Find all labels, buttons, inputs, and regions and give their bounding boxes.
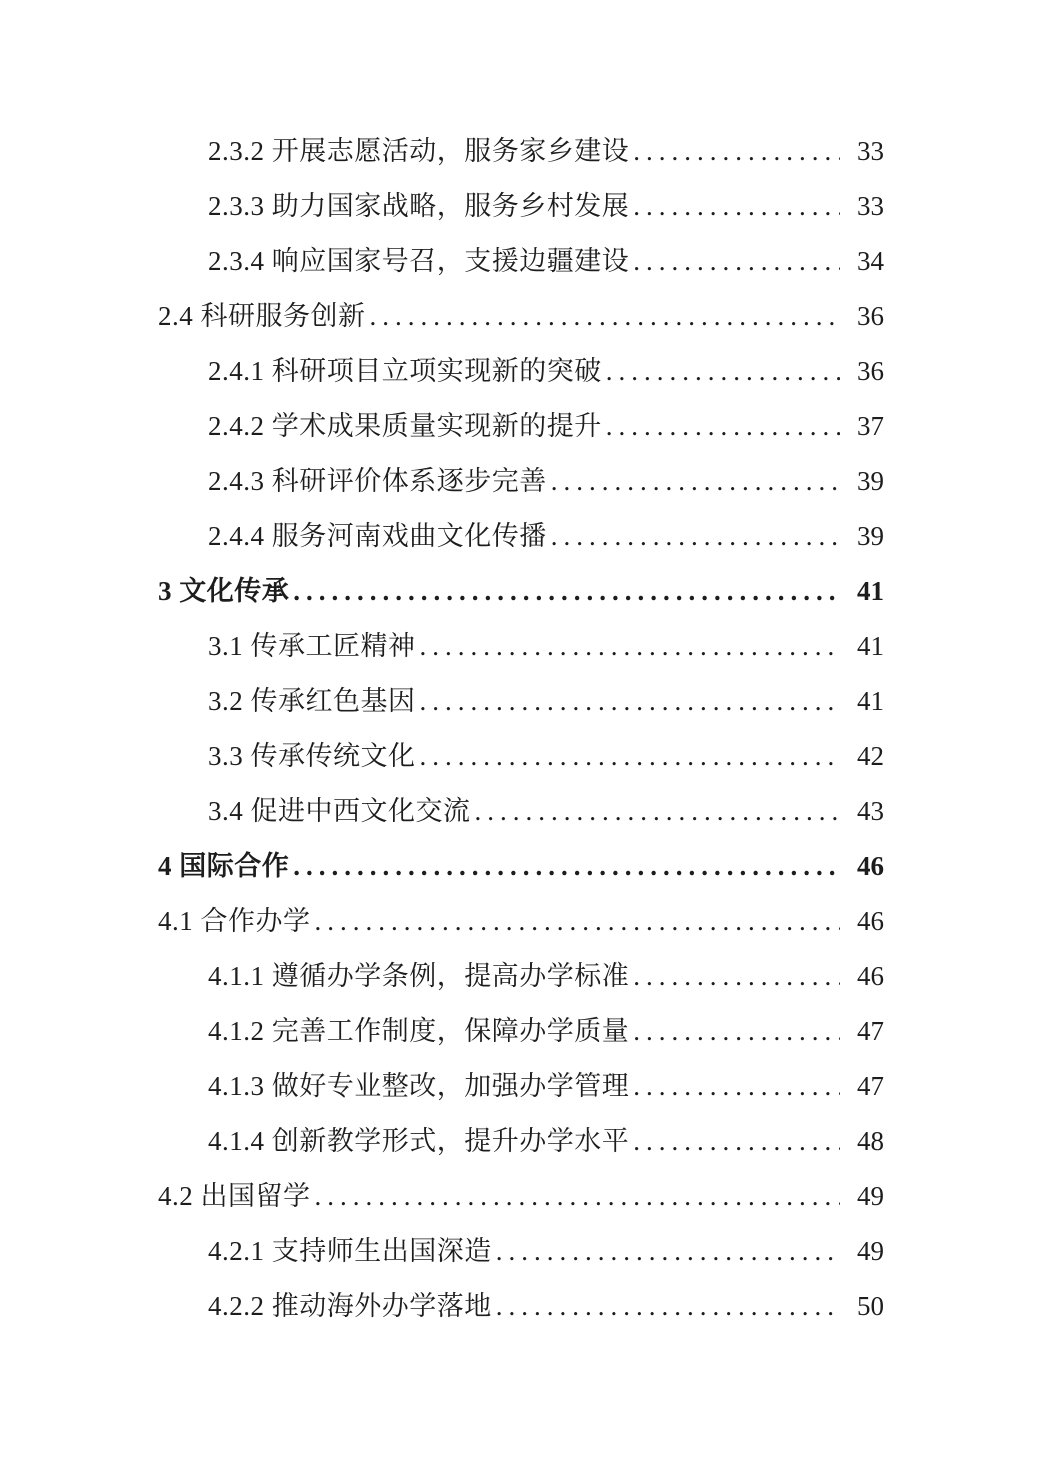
dot-leader: ........................................…: [606, 399, 840, 454]
toc-entry[interactable]: 4.1.3 做好专业整改，加强办学管理 ....................…: [158, 1059, 884, 1114]
toc-entry-page-number: 49: [850, 1224, 884, 1279]
dot-leader: ........................................…: [315, 894, 841, 949]
toc-entry-page-number: 46: [850, 894, 884, 949]
toc-entry-page-number: 41: [850, 674, 884, 729]
dot-leader: ........................................…: [551, 509, 840, 564]
toc-entry[interactable]: 4.1.4 创新教学形式，提升办学水平 ....................…: [158, 1114, 884, 1169]
toc-entry[interactable]: 2.3.4 响应国家号召，支援边疆建设 ....................…: [158, 234, 884, 289]
toc-entry-label: 2.3.2 开展志愿活动，服务家乡建设: [208, 124, 629, 179]
toc-entry-label: 2.4.2 学术成果质量实现新的提升: [208, 399, 602, 454]
toc-entry[interactable]: 4 国际合作 .................................…: [158, 839, 884, 894]
toc-entry[interactable]: 2.3.3 助力国家战略，服务乡村发展 ....................…: [158, 179, 884, 234]
toc-entry[interactable]: 4.2 出国留学 ...............................…: [158, 1169, 884, 1224]
dot-leader: ........................................…: [496, 1224, 840, 1279]
toc-entry[interactable]: 2.4.2 学术成果质量实现新的提升 .....................…: [158, 399, 884, 454]
toc-entry[interactable]: 3.1 传承工匠精神 .............................…: [158, 619, 884, 674]
toc-entry-page-number: 41: [850, 619, 884, 674]
toc-entry[interactable]: 2.3.2 开展志愿活动，服务家乡建设 ....................…: [158, 124, 884, 179]
toc-entry-page-number: 39: [850, 454, 884, 509]
toc-entry[interactable]: 2.4 科研服务创新 .............................…: [158, 289, 884, 344]
table-of-contents: 2.3.2 开展志愿活动，服务家乡建设 ....................…: [158, 124, 884, 1334]
toc-entry-label: 2.4.3 科研评价体系逐步完善: [208, 454, 547, 509]
toc-entry-page-number: 49: [850, 1169, 884, 1224]
dot-leader: ........................................…: [606, 344, 840, 399]
toc-entry-label: 4 国际合作: [158, 839, 289, 894]
dot-leader: ........................................…: [633, 1004, 840, 1059]
dot-leader: ........................................…: [633, 179, 840, 234]
toc-entry-label: 4.2.2 推动海外办学落地: [208, 1279, 492, 1334]
toc-entry[interactable]: 3 文化传承 .................................…: [158, 564, 884, 619]
dot-leader: ........................................…: [633, 949, 840, 1004]
toc-entry-page-number: 48: [850, 1114, 884, 1169]
toc-entry-page-number: 43: [850, 784, 884, 839]
toc-entry-label: 2.3.4 响应国家号召，支援边疆建设: [208, 234, 629, 289]
dot-leader: ........................................…: [420, 674, 841, 729]
toc-entry-page-number: 33: [850, 179, 884, 234]
dot-leader: ........................................…: [420, 729, 841, 784]
toc-entry-label: 4.1.2 完善工作制度，保障办学质量: [208, 1004, 629, 1059]
toc-entry-label: 4.2 出国留学: [158, 1169, 311, 1224]
toc-entry-label: 2.4 科研服务创新: [158, 289, 366, 344]
toc-entry-label: 4.1.3 做好专业整改，加强办学管理: [208, 1059, 629, 1114]
toc-entry-label: 4.2.1 支持师生出国深造: [208, 1224, 492, 1279]
toc-entry-label: 3.4 促进中西文化交流: [208, 784, 471, 839]
toc-entry-page-number: 36: [850, 344, 884, 399]
toc-entry-label: 2.4.1 科研项目立项实现新的突破: [208, 344, 602, 399]
toc-entry[interactable]: 4.1 合作办学 ...............................…: [158, 894, 884, 949]
document-page: 2.3.2 开展志愿活动，服务家乡建设 ....................…: [0, 0, 1041, 1472]
toc-entry-page-number: 47: [850, 1059, 884, 1114]
toc-entry-page-number: 34: [850, 234, 884, 289]
dot-leader: ........................................…: [633, 1059, 840, 1114]
toc-entry[interactable]: 3.3 传承传统文化 .............................…: [158, 729, 884, 784]
toc-entry[interactable]: 3.2 传承红色基因 .............................…: [158, 674, 884, 729]
toc-entry-page-number: 41: [850, 564, 884, 619]
toc-entry-page-number: 39: [850, 509, 884, 564]
toc-entry[interactable]: 4.2.1 支持师生出国深造 .........................…: [158, 1224, 884, 1279]
dot-leader: ........................................…: [315, 1169, 841, 1224]
dot-leader: ........................................…: [551, 454, 840, 509]
toc-entry-label: 3.3 传承传统文化: [208, 729, 416, 784]
toc-entry[interactable]: 2.4.3 科研评价体系逐步完善 .......................…: [158, 454, 884, 509]
dot-leader: ........................................…: [496, 1279, 840, 1334]
toc-entry-label: 3 文化传承: [158, 564, 289, 619]
dot-leader: ........................................…: [370, 289, 841, 344]
toc-entry-page-number: 33: [850, 124, 884, 179]
toc-entry-page-number: 36: [850, 289, 884, 344]
dot-leader: ........................................…: [633, 234, 840, 289]
toc-entry-page-number: 46: [850, 839, 884, 894]
toc-entry-label: 3.2 传承红色基因: [208, 674, 416, 729]
toc-entry-page-number: 42: [850, 729, 884, 784]
toc-entry-label: 3.1 传承工匠精神: [208, 619, 416, 674]
toc-entry-page-number: 50: [850, 1279, 884, 1334]
toc-entry[interactable]: 3.4 促进中西文化交流 ...........................…: [158, 784, 884, 839]
dot-leader: ........................................…: [420, 619, 841, 674]
toc-entry-page-number: 46: [850, 949, 884, 1004]
toc-entry-page-number: 47: [850, 1004, 884, 1059]
dot-leader: ........................................…: [293, 839, 840, 894]
toc-entry-label: 2.4.4 服务河南戏曲文化传播: [208, 509, 547, 564]
toc-entry[interactable]: 4.1.1 遵循办学条例，提高办学标准 ....................…: [158, 949, 884, 1004]
toc-entry-label: 4.1.1 遵循办学条例，提高办学标准: [208, 949, 629, 1004]
toc-entry-label: 4.1.4 创新教学形式，提升办学水平: [208, 1114, 629, 1169]
toc-entry[interactable]: 4.1.2 完善工作制度，保障办学质量 ....................…: [158, 1004, 884, 1059]
toc-entry-label: 4.1 合作办学: [158, 894, 311, 949]
toc-entry[interactable]: 4.2.2 推动海外办学落地 .........................…: [158, 1279, 884, 1334]
dot-leader: ........................................…: [633, 1114, 840, 1169]
dot-leader: ........................................…: [475, 784, 841, 839]
toc-entry-page-number: 37: [850, 399, 884, 454]
dot-leader: ........................................…: [293, 564, 840, 619]
toc-entry[interactable]: 2.4.4 服务河南戏曲文化传播 .......................…: [158, 509, 884, 564]
dot-leader: ........................................…: [633, 124, 840, 179]
toc-entry[interactable]: 2.4.1 科研项目立项实现新的突破 .....................…: [158, 344, 884, 399]
toc-entry-label: 2.3.3 助力国家战略，服务乡村发展: [208, 179, 629, 234]
